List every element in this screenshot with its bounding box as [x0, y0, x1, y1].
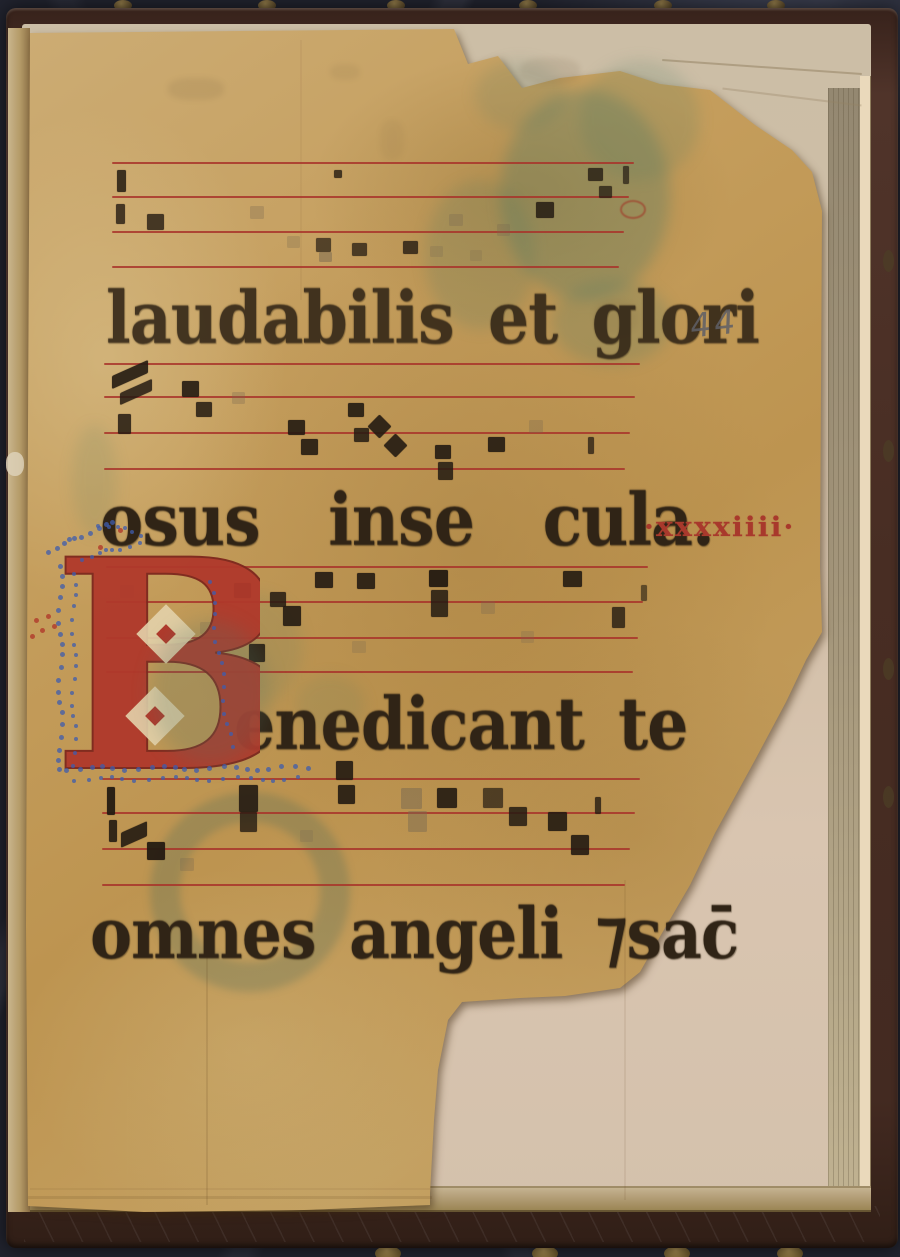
blue-flourish-dot: [55, 546, 60, 551]
blue-flourish-dot: [222, 672, 226, 676]
red-flourish-dot: [40, 628, 45, 633]
blue-flourish-dot: [222, 764, 227, 769]
blue-flourish-dot: [87, 778, 91, 782]
blue-flourish-dot: [72, 779, 76, 783]
blue-flourish-dot: [208, 580, 212, 584]
blue-flourish-dot: [46, 550, 51, 555]
blue-flourish-dot: [221, 699, 225, 703]
red-flourish-dot: [52, 624, 57, 629]
blue-flourish-dot: [229, 732, 233, 736]
blue-flourish-dot: [74, 724, 78, 728]
blue-flourish-dot: [60, 584, 65, 589]
blue-flourish-dot: [132, 779, 136, 783]
blue-flourish-dot: [271, 779, 275, 783]
blue-flourish-dot: [59, 665, 64, 670]
blue-flourish-dot: [110, 766, 115, 771]
blue-flourish-dot: [245, 767, 250, 772]
blue-flourish-dot: [136, 767, 141, 772]
blue-flourish-dot: [60, 710, 65, 715]
blue-flourish-dot: [60, 642, 65, 647]
blue-flourish-dot: [110, 520, 115, 525]
blue-flourish-dot: [261, 778, 265, 782]
blue-flourish-dot: [195, 778, 199, 782]
blue-flourish-dot: [293, 764, 298, 769]
blue-flourish-dot: [266, 767, 271, 772]
blue-flourish-dot: [58, 632, 63, 637]
blue-flourish-dot: [255, 768, 260, 773]
blue-flourish-dot: [72, 643, 76, 647]
blue-flourish-dot: [249, 776, 253, 780]
blue-flourish-dot: [78, 767, 83, 772]
blue-flourish-dot: [56, 690, 61, 695]
blue-flourish-dot: [100, 764, 105, 769]
blue-flourish-dot: [58, 564, 63, 569]
blue-flourish-dot: [59, 735, 64, 740]
blue-flourish-dot: [60, 722, 65, 727]
blue-flourish-dot: [213, 612, 217, 616]
blue-flourish-dot: [70, 691, 74, 695]
blue-flourish-dot: [58, 595, 63, 600]
blue-flourish-dot: [71, 714, 75, 718]
blue-flourish-dot: [213, 601, 217, 605]
blue-flourish-dot: [70, 618, 74, 622]
blue-flourish-dot: [231, 745, 235, 749]
page-content-layer: laudabilis et glori osus inse cula. ened…: [0, 0, 900, 1257]
blue-flourish-dot: [217, 651, 221, 655]
blue-flourish-dot: [279, 764, 284, 769]
blue-flourish-dot: [110, 775, 114, 779]
blue-flourish-dot: [60, 652, 65, 657]
blue-flourish-dot: [70, 632, 74, 636]
flourish-layer: [0, 0, 900, 1257]
blue-flourish-dot: [80, 558, 84, 562]
blue-flourish-dot: [79, 535, 84, 540]
blue-flourish-dot: [88, 531, 93, 536]
blue-flourish-dot: [74, 593, 78, 597]
blue-flourish-dot: [118, 548, 122, 552]
blue-flourish-dot: [173, 765, 178, 770]
blue-flourish-dot: [306, 766, 311, 771]
blue-flourish-dot: [207, 779, 211, 783]
blue-flourish-dot: [90, 765, 95, 770]
blue-flourish-dot: [185, 776, 189, 780]
blue-flourish-dot: [98, 551, 102, 555]
blue-flourish-dot: [174, 775, 178, 779]
blue-flourish-dot: [122, 768, 127, 773]
blue-flourish-dot: [90, 555, 94, 559]
blue-flourish-dot: [96, 524, 100, 528]
blue-flourish-dot: [57, 767, 62, 772]
red-flourish-dot: [98, 545, 103, 550]
red-flourish-dot: [34, 618, 39, 623]
blue-flourish-dot: [161, 776, 165, 780]
blue-flourish-dot: [162, 764, 167, 769]
blue-flourish-dot: [56, 678, 61, 683]
blue-flourish-dot: [222, 685, 226, 689]
blue-flourish-dot: [236, 775, 240, 779]
blue-flourish-dot: [194, 768, 199, 773]
blue-flourish-dot: [57, 748, 62, 753]
manuscript-photo: laudabilis et glori osus inse cula. ened…: [0, 0, 900, 1257]
blue-flourish-dot: [282, 778, 286, 782]
red-flourish-dot: [118, 528, 123, 533]
blue-flourish-dot: [138, 541, 142, 545]
blue-flourish-dot: [296, 775, 300, 779]
blue-flourish-dot: [73, 751, 77, 755]
blue-flourish-dot: [120, 777, 124, 781]
blue-flourish-dot: [74, 653, 78, 657]
blue-flourish-dot: [128, 545, 132, 549]
blue-flourish-dot: [73, 677, 77, 681]
blue-flourish-dot: [56, 758, 61, 763]
blue-flourish-dot: [225, 722, 229, 726]
blue-flourish-dot: [221, 777, 225, 781]
blue-flourish-dot: [72, 572, 76, 576]
blue-flourish-dot: [74, 583, 78, 587]
blue-flourish-dot: [74, 737, 78, 741]
red-flourish-dot: [30, 634, 35, 639]
blue-flourish-dot: [56, 608, 61, 613]
blue-flourish-dot: [123, 526, 127, 530]
blue-flourish-dot: [74, 664, 78, 668]
blue-flourish-dot: [71, 764, 75, 768]
blue-flourish-dot: [104, 548, 108, 552]
blue-flourish-dot: [220, 661, 224, 665]
blue-flourish-dot: [60, 574, 65, 579]
blue-flourish-dot: [99, 776, 103, 780]
blue-flourish-dot: [64, 768, 69, 773]
blue-flourish-dot: [72, 604, 76, 608]
roman-folio-number: ·xxxxiiii·: [644, 512, 795, 543]
blue-flourish-dot: [213, 640, 217, 644]
blue-flourish-dot: [222, 712, 226, 716]
pencil-folio-number: 44: [689, 301, 738, 345]
blue-flourish-dot: [234, 765, 239, 770]
blue-flourish-dot: [62, 541, 67, 546]
blue-flourish-dot: [130, 530, 134, 534]
blue-flourish-dot: [70, 704, 74, 708]
blue-flourish-dot: [207, 766, 212, 771]
red-flourish-dot: [46, 614, 51, 619]
blue-flourish-dot: [147, 778, 151, 782]
blue-flourish-dot: [182, 767, 187, 772]
blue-flourish-dot: [72, 536, 77, 541]
blue-flourish-dot: [110, 548, 114, 552]
blue-flourish-dot: [212, 591, 216, 595]
blue-flourish-dot: [150, 765, 155, 770]
blue-flourish-dot: [57, 700, 62, 705]
blue-flourish-dot: [107, 525, 111, 529]
blue-flourish-dot: [212, 626, 216, 630]
blue-flourish-dot: [139, 534, 143, 538]
